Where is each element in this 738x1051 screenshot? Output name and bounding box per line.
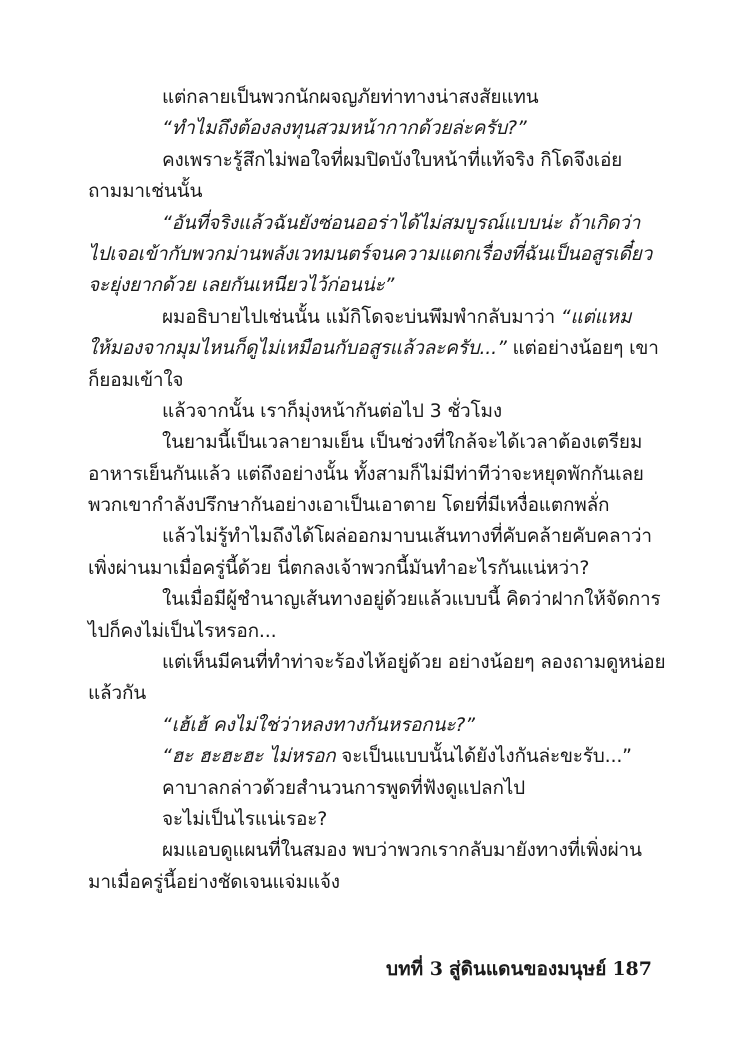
narration-segment: จะไม่เป็นไรแน่เรอะ?	[162, 808, 327, 830]
dialogue-segment: จะยุ่งยากด้วย เลยกันเหนียวไว้ก่อนน่ะ”	[88, 274, 394, 296]
text-line: แต่กลายเป็นพวกนักผจญภัยท่าทางน่าสงสัยแทน	[88, 82, 652, 113]
narration-segment: ผมอธิบายไปเช่นนั้น แม้กิโดจะบ่นพึมพำกลับ…	[162, 306, 561, 328]
text-line: ให้มองจากมุมไหนก็ดูไม่เหมือนกับอสูรแล้วล…	[88, 333, 652, 364]
narration-segment: ผมแอบดูแผนที่ในสมอง พบว่าพวกเรากลับมายัง…	[162, 839, 642, 861]
text-line: “ทำไมถึงต้องลงทุนสวมหน้ากากด้วยล่ะครับ?”	[88, 113, 652, 144]
page-body-text: แต่กลายเป็นพวกนักผจญภัยท่าทางน่าสงสัยแทน…	[88, 82, 652, 898]
dialogue-segment: ไปเจอเข้ากับพวกม่านพลังเวทมนตร์จนความแตก…	[88, 243, 652, 265]
narration-segment: ก็ยอมเข้าใจ	[88, 369, 183, 391]
text-line: “ฮะ ฮะฮะฮะ ไม่หรอก จะเป็นแบบนั้นได้ยังไง…	[88, 741, 652, 772]
text-line: ในเมื่อมีผู้ชำนาญเส้นทางอยู่ด้วยแล้วแบบน…	[88, 584, 652, 615]
text-line: “เฮ้เฮ้ คงไม่ใช่ว่าหลงทางกันหรอกนะ?”	[88, 710, 652, 741]
chapter-title: สู่ดินแดนของมนุษย์	[449, 958, 606, 980]
narration-segment: มาเมื่อครู่นี้อย่างชัดเจนแจ่มแจ้ง	[88, 871, 340, 893]
narration-segment: ถามมาเช่นนั้น	[88, 180, 202, 202]
dialogue-segment: “ทำไมถึงต้องลงทุนสวมหน้ากากด้วยล่ะครับ?”	[162, 117, 527, 139]
narration-segment: แต่กลายเป็นพวกนักผจญภัยท่าทางน่าสงสัยแทน	[162, 86, 538, 108]
text-line: ถามมาเช่นนั้น	[88, 176, 652, 207]
narration-segment: พวกเขากำลังปรึกษากันอย่างเอาเป็นเอาตาย โ…	[88, 494, 609, 516]
text-line: อาหารเย็นกันแล้ว แต่ถึงอย่างนั้น ทั้งสาม…	[88, 459, 652, 490]
text-line: ผมอธิบายไปเช่นนั้น แม้กิโดจะบ่นพึมพำกลับ…	[88, 302, 652, 333]
narration-segment: เพิ่งผ่านมาเมื่อครู่นี้ด้วย นี่ตกลงเจ้าพ…	[88, 557, 589, 579]
narration-segment: แล้วกัน	[88, 682, 146, 704]
narration-segment: อาหารเย็นกันแล้ว แต่ถึงอย่างนั้น ทั้งสาม…	[88, 463, 644, 485]
text-line: แล้วไม่รู้ทำไมถึงได้โผล่ออกมาบนเส้นทางที…	[88, 521, 652, 552]
chapter-label: บทที่ 3	[386, 958, 443, 980]
text-line: เพิ่งผ่านมาเมื่อครู่นี้ด้วย นี่ตกลงเจ้าพ…	[88, 553, 652, 584]
text-line: จะยุ่งยากด้วย เลยกันเหนียวไว้ก่อนน่ะ”	[88, 270, 652, 301]
dialogue-segment: “ฮะ ฮะฮะฮะ ไม่หรอก	[162, 745, 341, 767]
dialogue-segment: “เฮ้เฮ้ คงไม่ใช่ว่าหลงทางกันหรอกนะ?”	[162, 714, 475, 736]
dialogue-segment: ให้มองจากมุมไหนก็ดูไม่เหมือนกับอสูรแล้วล…	[88, 337, 507, 359]
book-page: แต่กลายเป็นพวกนักผจญภัยท่าทางน่าสงสัยแทน…	[0, 0, 738, 1051]
dialogue-segment: “แต่แหม	[561, 306, 632, 328]
narration-segment: แต่เห็นมีคนที่ทำท่าจะร้องไห้อยู่ด้วย อย่…	[162, 651, 665, 673]
text-line: แต่เห็นมีคนที่ทำท่าจะร้องไห้อยู่ด้วย อย่…	[88, 647, 652, 678]
narration-segment: ในเมื่อมีผู้ชำนาญเส้นทางอยู่ด้วยแล้วแบบน…	[162, 588, 661, 610]
text-line: พวกเขากำลังปรึกษากันอย่างเอาเป็นเอาตาย โ…	[88, 490, 652, 521]
text-line: ในยามนี้เป็นเวลายามเย็น เป็นช่วงที่ใกล้จ…	[88, 427, 652, 458]
text-line: ไปก็คงไม่เป็นไรหรอก...	[88, 616, 652, 647]
text-line: ก็ยอมเข้าใจ	[88, 365, 652, 396]
narration-segment: ในยามนี้เป็นเวลายามเย็น เป็นช่วงที่ใกล้จ…	[162, 431, 642, 453]
narration-segment: คาบาลกล่าวด้วยสำนวนการพูดที่ฟังดูแปลกไป	[162, 777, 525, 799]
narration-segment: คงเพราะรู้สึกไม่พอใจที่ผมปิดบังใบหน้าที่…	[162, 149, 622, 171]
narration-segment: จะเป็นแบบนั้นได้ยังไงกันล่ะขะรับ...”	[341, 745, 632, 767]
narration-segment: แต่อย่างน้อยๆ เขา	[507, 337, 659, 359]
narration-segment: แล้วไม่รู้ทำไมถึงได้โผล่ออกมาบนเส้นทางที…	[162, 525, 652, 547]
text-line: มาเมื่อครู่นี้อย่างชัดเจนแจ่มแจ้ง	[88, 867, 652, 898]
text-line: แล้วกัน	[88, 678, 652, 709]
text-line: ไปเจอเข้ากับพวกม่านพลังเวทมนตร์จนความแตก…	[88, 239, 652, 270]
dialogue-segment: “อันที่จริงแล้วฉันยังซ่อนออร่าได้ไม่สมบู…	[162, 212, 640, 234]
narration-segment: แล้วจากนั้น เราก็มุ่งหน้ากันต่อไป 3 ชั่ว…	[162, 400, 502, 422]
text-line: คาบาลกล่าวด้วยสำนวนการพูดที่ฟังดูแปลกไป	[88, 773, 652, 804]
text-line: จะไม่เป็นไรแน่เรอะ?	[88, 804, 652, 835]
text-line: คงเพราะรู้สึกไม่พอใจที่ผมปิดบังใบหน้าที่…	[88, 145, 652, 176]
text-line: แล้วจากนั้น เราก็มุ่งหน้ากันต่อไป 3 ชั่ว…	[88, 396, 652, 427]
page-number: 187	[612, 958, 652, 980]
narration-segment: ไปก็คงไม่เป็นไรหรอก...	[88, 620, 276, 642]
text-line: ผมแอบดูแผนที่ในสมอง พบว่าพวกเรากลับมายัง…	[88, 835, 652, 866]
page-footer: บทที่ 3สู่ดินแดนของมนุษย์187	[386, 954, 652, 984]
text-line: “อันที่จริงแล้วฉันยังซ่อนออร่าได้ไม่สมบู…	[88, 208, 652, 239]
